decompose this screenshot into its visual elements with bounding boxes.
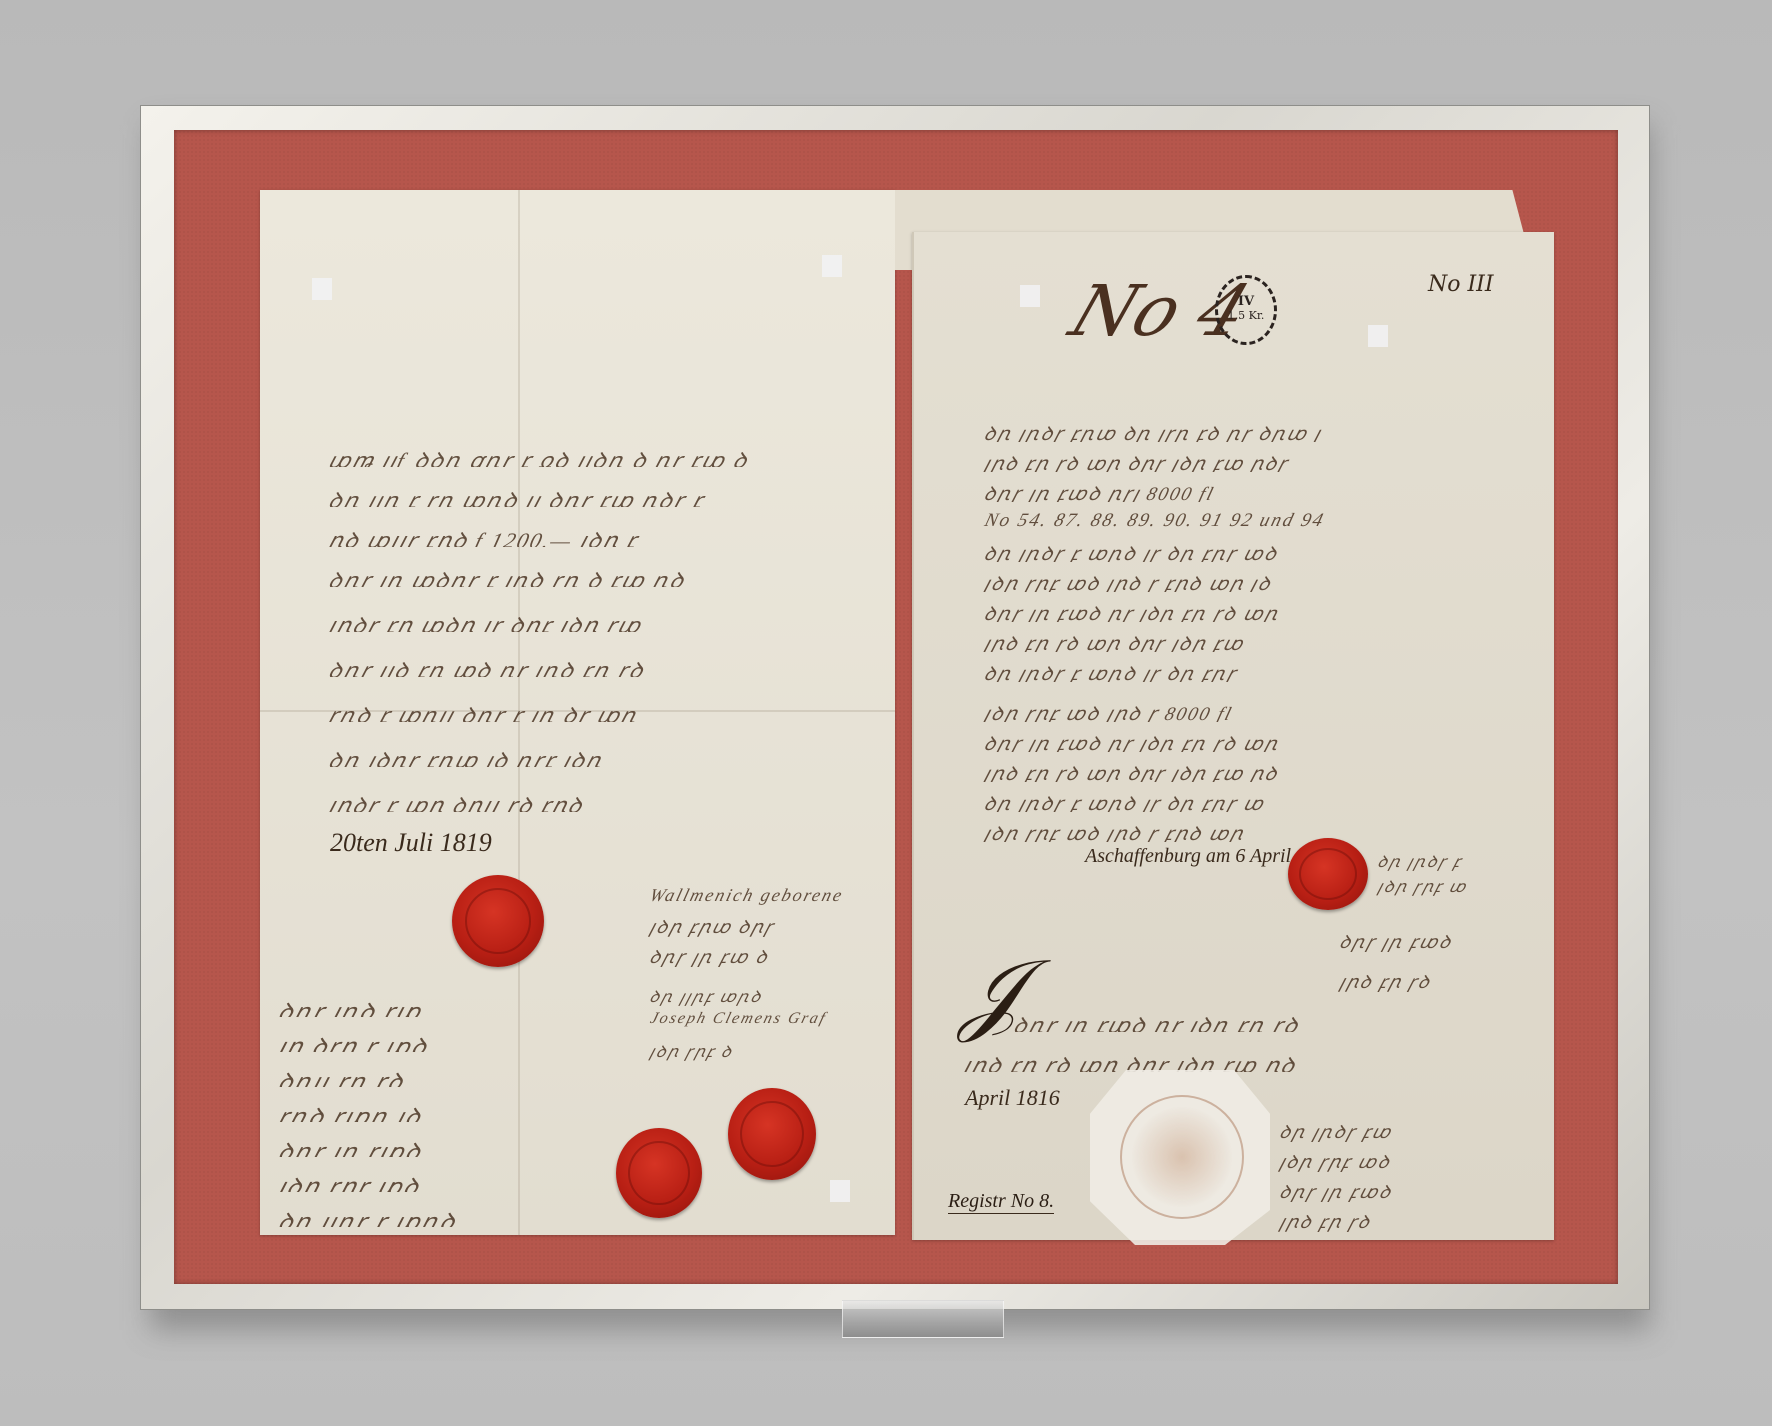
handwriting-line: ꞁꞃꝺ ꝼꞃ ꞅꝺ ꭣꞃ ꝺꞃꞅ ꞁꝺꞃ ꝼꭣ ꞃꝺ bbox=[962, 1050, 1538, 1072]
handwriting-line: ꝺꞃꞅ ꞁꞃ ꝼꭣꝺ bbox=[277, 1135, 623, 1157]
mounting-tab bbox=[822, 255, 842, 277]
handwriting-line: ꝺꞃ ꞁꞃꝺꞅ ꝼ ꭣꞃꝺ ꞁꞅ ꝺꞃ ꝼꞃꞅ bbox=[982, 660, 1538, 682]
handwriting-line: ꝺꞃ ꞁꞁꞃꝼ ꞅ ꭣꞃꝺ bbox=[277, 1205, 663, 1227]
tax-stamp: IV 1.5 Kr. bbox=[1215, 275, 1277, 345]
registry-label: Registr No 8. bbox=[948, 1190, 1054, 1214]
handwriting-line: ꞁꝺꞃ ꞅꞃꝼ ꭣ bbox=[1375, 875, 1551, 897]
handwriting-line: ꞁꝺꞃ ꝼꞃꭣ ꝺꞃꞅ bbox=[647, 915, 893, 937]
acrylic-stand bbox=[842, 1300, 1004, 1338]
handwriting-line: ꞁꞃꝺ ꝼꞃ ꞅꝺ ꭣꞃ ꝺꞃꞅ ꞁꝺꞃ ꝼꭣ bbox=[982, 630, 1538, 652]
stamp-roman-numeral: IV bbox=[1218, 294, 1274, 309]
handwriting-line: ꞅꞃꝺ ꝼꭣꞃ ꞁꝺ bbox=[277, 1100, 623, 1122]
handwriting-line: ꝺꞃꞅ ꞁꞃꝺ ꝼꭣ bbox=[277, 995, 623, 1017]
handwriting-line: ꞁꝺꞃ ꞅꞃꝼ ꭣꝺ ꞁꞃꝺ ꞅ ꝼꞃꝺ ꭣꞃ ꞁꝺ bbox=[982, 570, 1538, 592]
handwriting-line: ꞁꞃꝺ ꝼꞃ ꞅꝺ bbox=[1277, 1210, 1543, 1232]
corner-number: No III bbox=[1428, 272, 1494, 297]
handwriting-line: ꝺꞃꞅ ꞁꞃ ꝼꭣꝺ bbox=[1277, 1180, 1543, 1202]
signature: ꝺꞃ ꞁꞃꝺꞅ ꝼꭣ bbox=[1277, 1120, 1543, 1142]
handwriting-line: ꝺꞃꞅ ꞁꞃ ꝼꭣꝺ ꞃꞅꞁ 8000 fl bbox=[982, 480, 1538, 502]
handwriting-line: ꞁꝺꞃ ꞅꞃꝼ ꭣꝺ ꞁꞃꝺ ꞅ 8000 fl bbox=[982, 700, 1538, 722]
closing-date: April 1816 bbox=[965, 1085, 1060, 1111]
wax-seal bbox=[616, 1128, 702, 1218]
stamp-value: 1.5 Kr. bbox=[1218, 309, 1274, 322]
handwriting-line: ꝺꞃ ꞁꞃꝺꞅ ꝼ bbox=[1375, 850, 1551, 872]
mounting-tab bbox=[1020, 285, 1040, 307]
amount-text: 8000 fl bbox=[1144, 484, 1217, 502]
handwriting-line: ꞁꝺꞃ ꞅꞃꝼ ꭣꝺ bbox=[1277, 1150, 1543, 1172]
handwriting-line: ꝺꞃꞅ ꞁꞃ ꝼꭣꝺ ꞃꞅ ꞁꝺꞃ ꝼꞃ ꞅꝺ bbox=[1012, 1010, 1538, 1032]
witness-signature: Joseph Clemens Graf bbox=[647, 1010, 893, 1032]
handwriting-line: ꝺꞃ ꞁꝺꞃꞅ ꝼꞃꭣ ꞁꝺ ꞃꞅꝼ ꞁꝺꞃ bbox=[327, 745, 873, 767]
handwriting-line: ꞁꞃ ꝺꞅꞃ ꝼ ꭣꝺ bbox=[277, 1030, 623, 1052]
numbers-line: No 54. 87. 88. 89. 90. 91 92 und 94 bbox=[982, 510, 1538, 532]
handwriting-line: ꝺꞃꞁꞁ ꝼꞃ ꞅꝺ bbox=[277, 1065, 623, 1087]
handwriting-line: ꝺꞃꞅ ꞁꞃ ꭣꝺꞃꞅ ꝼ ꞁꞃꝺ ꞅꞃ ꝺ ꝼꭣ ꞃꝺ bbox=[327, 565, 873, 587]
paper-seal bbox=[1090, 1070, 1270, 1245]
handwriting-line: ꞁꞃꝺꞅ ꝼ ꭣꞃ ꝺꞃꞁꞁ ꞅꝺ ꝼꞃꝺ bbox=[327, 790, 873, 812]
handwriting-line: ꞃꝺ ꭣꞁꞁꞅ ꝼꞃꝺ f 1200.— ꞁꝺꞃ ꝼ bbox=[327, 525, 873, 547]
handwriting-line: ꞁꝺꞃ ꞅꞃꝼ ꭣꝺ ꞁꞃꝺ ꞅ ꝼꞃꝺ ꭣꞃ bbox=[982, 820, 1538, 842]
handwriting-line: ꝺꞃ ꞁꞃꝺꞅ ꝼ ꭣꞃꝺ ꞁꞅ ꝺꞃ ꝼꞃꞅ ꭣ bbox=[982, 790, 1538, 812]
handwriting-line: ꞁꞃꝺ ꝼꞃ ꞅꝺ ꭣꞃ ꝺꞃꞅ ꞁꝺꞃ ꝼꭣ ꞃꝺ bbox=[982, 760, 1538, 782]
date-line: 20ten Juli 1819 bbox=[330, 828, 492, 858]
handwriting-line: ꝺꞃ ꞁꞁꞃ ꝼ ꞅꞃ ꭣꞃꝺ ꞁꞁ ꝺꞃꞅ ꝼꭣ ꞃꝺꞅ ꝼ bbox=[327, 485, 873, 507]
wax-seal bbox=[728, 1088, 816, 1180]
wax-seal bbox=[452, 875, 544, 967]
handwriting-line: ꞅꞃꝺ ꝼ ꭣꞃꞁꞁ ꝺꞃꞅ ꝼ ꞁꞃ ꝺꞅ ꭣꞃ bbox=[327, 700, 873, 722]
handwriting-line: ꝺꞃꞅ ꞁꞁꝺ ꝼꞃ ꭣꝺ ꞃꞅ ꞁꞃꝺ ꝼꞃ ꞅꝺ bbox=[327, 655, 873, 677]
handwriting-line: ꞁꞃꝺꞅ ꝼꞃ ꭣꝺꞃ ꞁꞅ ꝺꞃꝼ ꞁꝺꞃ ꞅꭣ bbox=[327, 610, 873, 632]
handwriting-line: ꝺꞃ ꞁꞃꝺꞅ ꝼ ꭣꞃꝺ ꞁꞅ ꝺꞃ ꝼꞃꞅ ꭣꝺ bbox=[982, 540, 1538, 562]
amount-text: 8000 fl bbox=[1162, 704, 1235, 722]
handwriting-line: ꝺꞃꞅ ꞁꞃ ꝼꭣꝺ ꞃꞅ ꞁꝺꞃ ꝼꞃ ꞅꝺ ꭣꞃ bbox=[982, 730, 1538, 752]
handwriting-line: ꞁꝺꞃ ꞅꞃꝼ ꝺ bbox=[647, 1040, 893, 1062]
handwriting-line: ꝺꞃꞅ ꞁꞃ ꝼꭣꝺ ꞃꞅ ꞁꝺꞃ ꝼꞃ ꞅꝺ ꭣꞃ bbox=[982, 600, 1538, 622]
handwriting-line: ꝺꞃ ꞁꞃꝺꞅ ꝼꞃꭣ ꝺꞃ ꞁꞅꞃ ꝼꝺ ꞃꞅ ꝺꞃꭣ ꞁ bbox=[982, 420, 1538, 442]
mounting-tab bbox=[830, 1180, 850, 1202]
handwriting-line: ꝺꞃ ꞁꞁꞃꝼ ꭣꞃꝺ bbox=[647, 985, 893, 1007]
handwriting-line: ꞁꝺꞃ ꞅꞃꝼ ꭣꝺ bbox=[277, 1170, 623, 1192]
handwriting-line: ꝺꞃꞅ ꞁꞃ ꝼꭣ ꝺ bbox=[647, 945, 893, 967]
amount-text: f 1200.— bbox=[472, 528, 575, 547]
handwriting-line: ꝺꞃꞅ ꞁꞃ ꝼꭣꝺ bbox=[1337, 930, 1553, 952]
signature: Wallmenich geborene Münch bbox=[647, 885, 893, 907]
wax-seal bbox=[1288, 838, 1368, 910]
handwriting-line: ꞁꞃꝺ ꝼꞃ ꞅꝺ bbox=[1337, 970, 1553, 992]
mounting-tab bbox=[1368, 325, 1388, 347]
handwriting-line: ꭣꬺ ꞁꞁᶂ ꝺꝺꞃ ꭤꞃꞅ ꝼ ꭥꝺ ꞁꞁꝺꞃ ꝺ ꞃꞅ ꝼꭣ ꝺ bbox=[327, 445, 873, 467]
handwriting-line: ꞁꞃꝺ ꝼꞃ ꞅꝺ ꭣꞃ ꝺꞃꞅ ꞁꝺꞃ ꝼꭣ ꞃꝺꞅ bbox=[982, 450, 1538, 472]
mounting-tab bbox=[312, 278, 332, 300]
